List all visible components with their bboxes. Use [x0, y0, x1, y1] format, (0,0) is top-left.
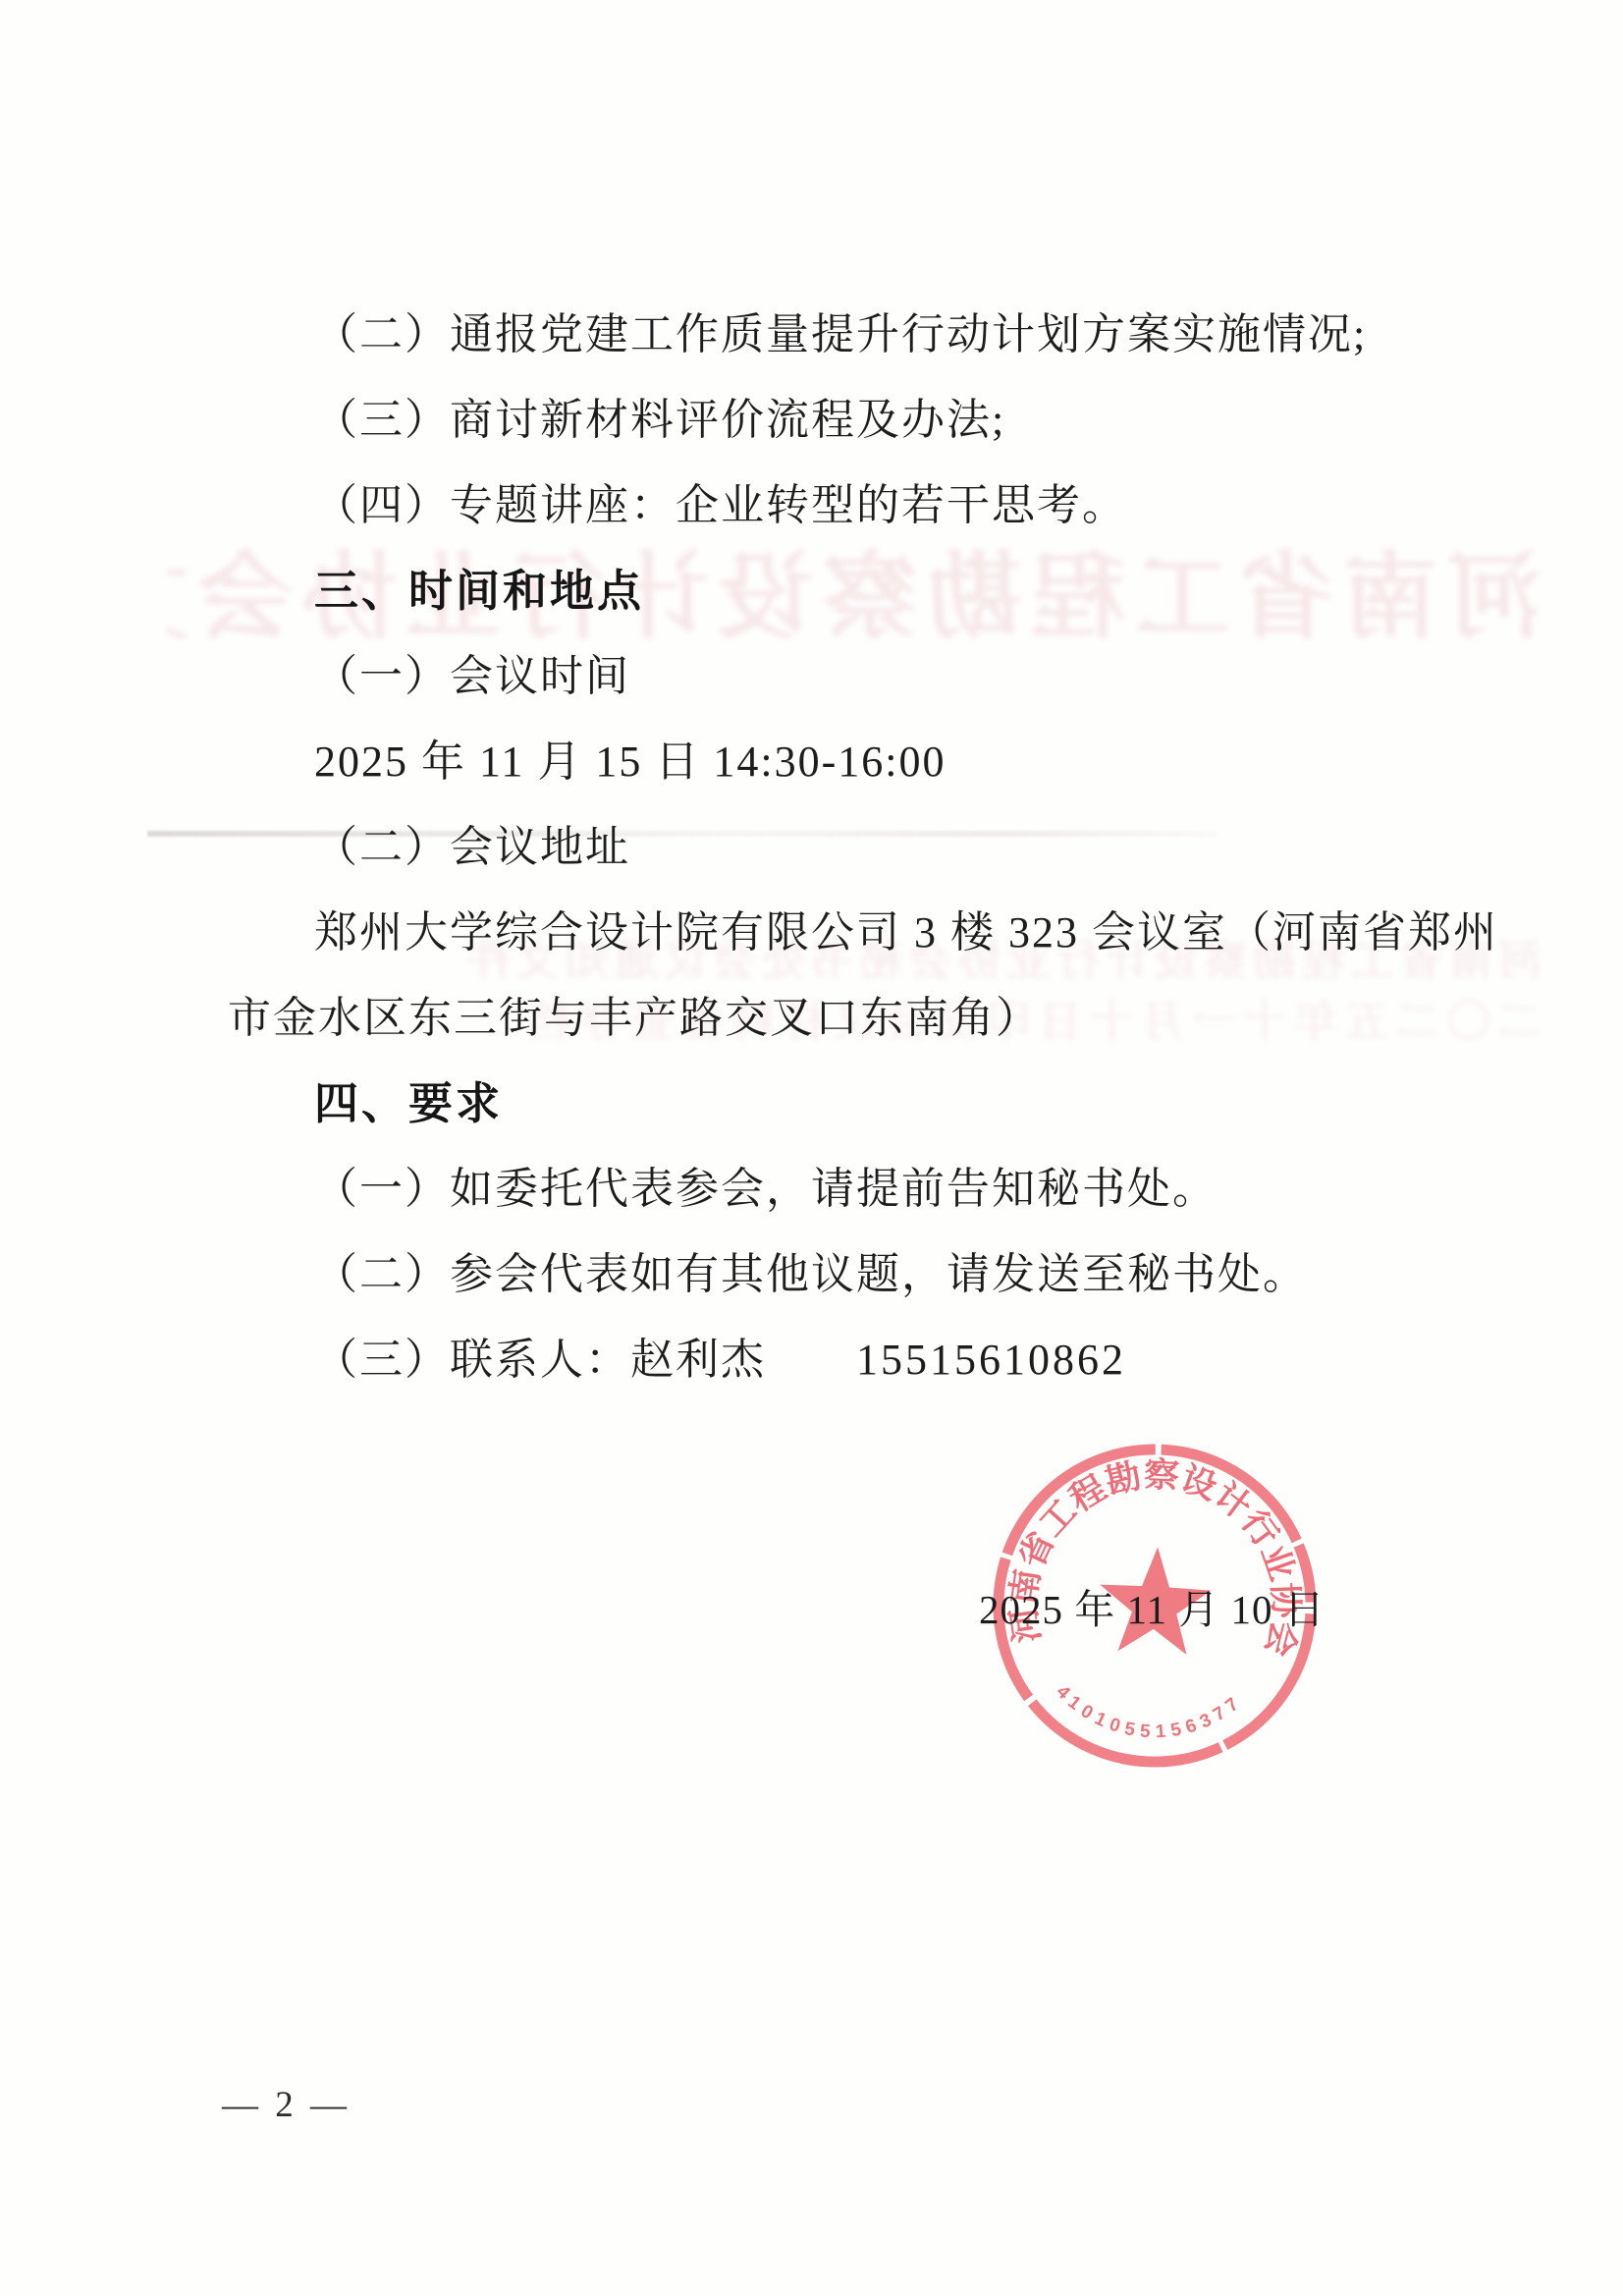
requirement-item-1: （一）如委托代表参会，请提前告知秘书处。 [228, 1146, 1412, 1231]
document-page: （二）通报党建工作质量提升行动计划方案实施情况; （三）商讨新材料评价流程及办法… [0, 0, 1623, 2296]
meeting-address-line-2: 市金水区东三街与丰产路交叉口东南角） [228, 975, 1412, 1061]
section-heading-requirements: 四、要求 [228, 1061, 1412, 1146]
contact-label: （三）联系人：赵利杰 [314, 1336, 766, 1384]
page-number: — 2 — [222, 2084, 351, 2126]
section-heading-time-location: 三、时间和地点 [228, 548, 1412, 633]
subheading-meeting-time: （一）会议时间 [228, 633, 1412, 719]
meeting-address-line-1: 郑州大学综合设计院有限公司 3 楼 323 会议室（河南省郑州 [228, 890, 1412, 975]
sign-date: 2025 年 11 月 10 日 [979, 1577, 1325, 1635]
requirement-item-2: （二）参会代表如有其他议题，请发送至秘书处。 [228, 1231, 1412, 1317]
subheading-meeting-address: （二）会议地址 [228, 804, 1412, 890]
document-body: （二）通报党建工作质量提升行动计划方案实施情况; （三）商讨新材料评价流程及办法… [228, 292, 1412, 1402]
contact-line: （三）联系人：赵利杰15515610862 [228, 1317, 1412, 1402]
agenda-item-2: （二）通报党建工作质量提升行动计划方案实施情况; [228, 292, 1412, 377]
agenda-item-3: （三）商讨新材料评价流程及办法; [228, 377, 1412, 463]
contact-phone: 15515610862 [856, 1336, 1126, 1384]
meeting-time-value: 2025 年 11 月 15 日 14:30-16:00 [228, 719, 1412, 804]
agenda-item-4: （四）专题讲座：企业转型的若干思考。 [228, 463, 1412, 548]
